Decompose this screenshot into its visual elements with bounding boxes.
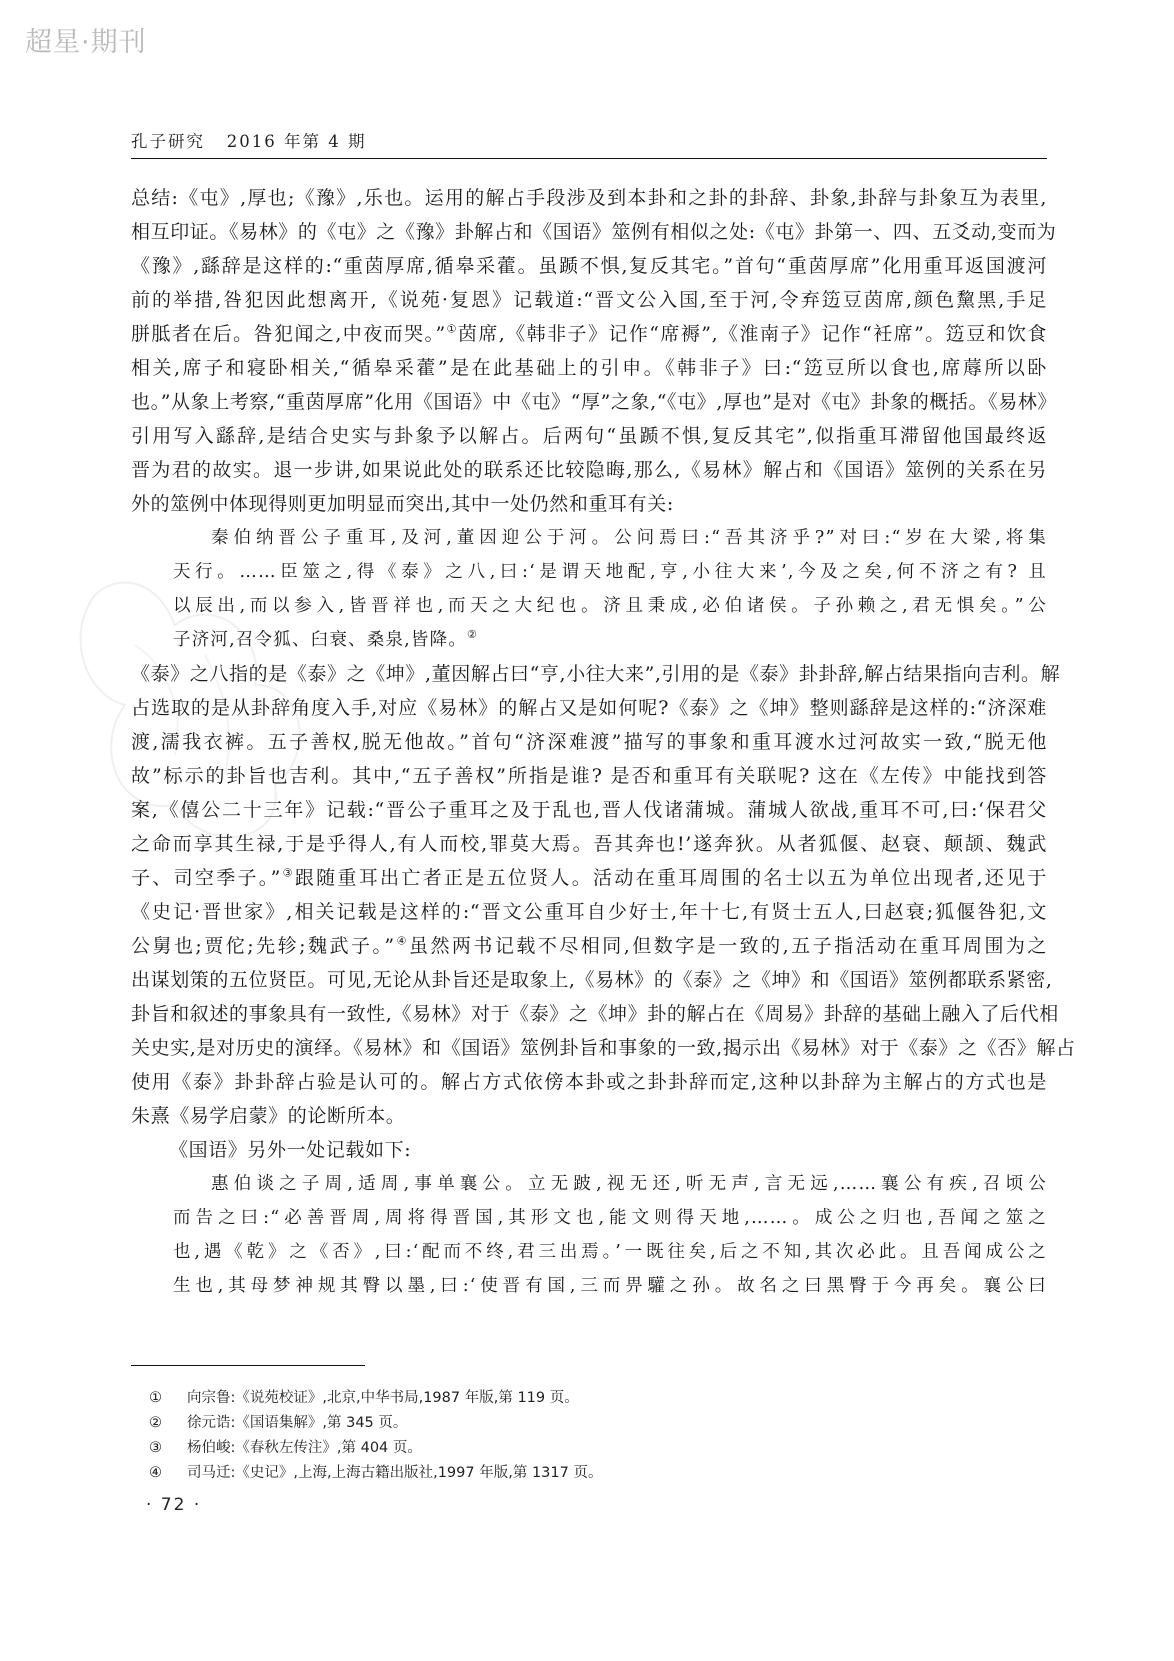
body-line: 总结:《屯》,厚也;《豫》,乐也。运用的解占手段涉及到本卦和之卦的卦辞、卦象,卦… (131, 181, 1047, 215)
footnote-rule (131, 1365, 365, 1366)
quote-line: 秦伯纳晋公子重耳,及河,董因迎公于河。公问焉曰:“吾其济乎?”对曰:“岁在大梁,… (131, 521, 1047, 555)
footnote-3: ③杨伯峻:《春秋左传注》,第 404 页。 (131, 1436, 1031, 1461)
quote-line: 也,遇《乾》之《否》,曰:‘配而不终,君三出焉。’一既往矣,后之不知,其次必此。… (131, 1235, 1047, 1269)
body-line: 《国语》另外一处记载如下: (131, 1133, 1047, 1167)
body-line: 案,《僖公二十三年》记载:“晋公子重耳之及于乱也,晋人伐诸蒲城。蒲城人欲战,重耳… (131, 793, 1047, 827)
quote-line: 生也,其母梦神规其臀以墨,曰:‘使晋有国,三而畀驩之孙。故名之曰黑臀于今再矣。襄… (131, 1269, 1047, 1303)
body-line: 晋为君的故实。退一步讲,如果说此处的联系还比较隐晦,那么,《易林》解占和《国语》… (131, 453, 1047, 487)
quote-line: 而告之曰:“必善晋周,周将得晋国,其形文也,能文则得天地,……。成公之归也,吾闻… (131, 1201, 1047, 1235)
footnote-1: ①向宗鲁:《说苑校证》,北京,中华书局,1987 年版,第 119 页。 (131, 1386, 1031, 1411)
footnote-2: ②徐元诰:《国语集解》,第 345 页。 (131, 1411, 1031, 1436)
quote-line: 子济河,召令狐、臼衰、桑泉,皆降。② (131, 623, 1047, 657)
footnote-ref-2[interactable]: ② (467, 628, 478, 641)
footnote-ref-1[interactable]: ① (446, 323, 458, 336)
footnotes: ①向宗鲁:《说苑校证》,北京,中华书局,1987 年版,第 119 页。 ②徐元… (131, 1386, 1031, 1486)
body-line: 故”标示的卦旨也吉利。其中,“五子善权”所指是谁? 是否和重耳有关联呢? 这在《… (131, 759, 1047, 793)
footnote-ref-3[interactable]: ③ (281, 867, 295, 880)
body-line: 前的举措,咎犯因此想离开,《说苑·复恩》记载道:“晋文公入国,至于河,令弃笾豆茵… (131, 283, 1047, 317)
footnote-ref-4[interactable]: ④ (395, 935, 409, 948)
body-line: 渡,濡我衣裤。五子善权,脱无他故。”首句“济深难渡”描写的事象和重耳渡水过河故实… (131, 725, 1047, 759)
block-quote-2: 惠伯谈之子周,适周,事单襄公。立无跛,视无还,听无声,言无远,……襄公有疾,召顷… (131, 1167, 1047, 1303)
body-line: 相互印证。《易林》的《屯》之《豫》卦解占和《国语》筮例有相似之处:《屯》卦第一、… (131, 215, 1047, 249)
page-number: · 72 · (146, 1495, 201, 1515)
body-line: 也。”从象上考察,“重茵厚席”化用《国语》中《屯》“厚”之象,“《屯》,厚也”是… (131, 385, 1047, 419)
body-line: 《史记·晋世家》,相关记载是这样的:“晋文公重耳自少好士,年十七,有贤士五人,曰… (131, 895, 1047, 929)
footnote-4: ④司马迁:《史记》,上海,上海古籍出版社,1997 年版,第 1317 页。 (131, 1461, 1031, 1486)
running-head: 孔子研究 2016 年第 4 期 (131, 128, 366, 152)
body-line: 《泰》之八指的是《泰》之《坤》,董因解占曰“亨,小往大来”,引用的是《泰》卦卦辞… (131, 657, 1047, 691)
chaoxing-watermark-logo: 超星·期刊 (25, 20, 147, 59)
body-line: 外的筮例中体现得则更加明显而突出,其中一处仍然和重耳有关: (131, 487, 1047, 521)
body-line: 公舅也;贾佗;先轸;魏武子。”④虽然两书记载不尽相同,但数字是一致的,五子指活动… (131, 929, 1047, 963)
quote-line: 惠伯谈之子周,适周,事单襄公。立无跛,视无还,听无声,言无远,……襄公有疾,召顷… (131, 1167, 1047, 1201)
body-line: 卦旨和叙述的事象具有一致性,《易林》对于《泰》之《坤》卦的解占在《周易》卦辞的基… (131, 997, 1047, 1031)
journal-name: 孔子研究 (131, 132, 205, 151)
body-line: 出谋划策的五位贤臣。可见,无论从卦旨还是取象上,《易林》的《泰》之《坤》和《国语… (131, 963, 1047, 997)
body-line: 引用写入繇辞,是结合史实与卦象予以解占。后两句“虽踬不惧,复反其宅”,似指重耳滞… (131, 419, 1047, 453)
body-line: 相关,席子和寝卧相关,“循皋采藿”是在此基础上的引申。《韩非子》曰:“笾豆所以食… (131, 351, 1047, 385)
body-line: 之命而享其生禄,于是乎得人,有人而校,罪莫大焉。吾其奔也!’遂奔狄。从者狐偃、赵… (131, 827, 1047, 861)
quote-line: 以辰出,而以参入,皆晋祥也,而天之大纪也。济且秉成,必伯诸侯。子孙赖之,君无惧矣… (131, 589, 1047, 623)
header-rule (131, 158, 1047, 159)
article-body: 总结:《屯》,厚也;《豫》,乐也。运用的解占手段涉及到本卦和之卦的卦辞、卦象,卦… (131, 181, 1047, 1303)
issue-label: 2016 年第 4 期 (227, 132, 367, 151)
body-line: 关史实,是对历史的演绎。《易林》和《国语》筮例卦旨和事象的一致,揭示出《易林》对… (131, 1031, 1047, 1065)
block-quote-1: 秦伯纳晋公子重耳,及河,董因迎公于河。公问焉曰:“吾其济乎?”对曰:“岁在大梁,… (131, 521, 1047, 657)
body-line: 占选取的是从卦辞角度入手,对应《易林》的解占又是如何呢?《泰》之《坤》整则繇辞是… (131, 691, 1047, 725)
body-line: 子、司空季子。”③跟随重耳出亡者正是五位贤人。活动在重耳周围的名士以五为单位出现… (131, 861, 1047, 895)
body-line: 《豫》,繇辞是这样的:“重茵厚席,循皋采藿。虽踬不惧,复反其宅。”首句“重茵厚席… (131, 249, 1047, 283)
body-line: 朱熹《易学启蒙》的论断所本。 (131, 1099, 1047, 1133)
body-line: 使用《泰》卦卦辞占验是认可的。解占方式依傍本卦或之卦卦辞而定,这种以卦辞为主解占… (131, 1065, 1047, 1099)
quote-line: 天行。……臣筮之,得《泰》之八,曰:‘是谓天地配,亨,小往大来’,今及之矣,何不… (131, 555, 1047, 589)
body-line: 胼胝者在后。咎犯闻之,中夜而哭。”①茵席,《韩非子》记作“席褥”,《淮南子》记作… (131, 317, 1047, 351)
